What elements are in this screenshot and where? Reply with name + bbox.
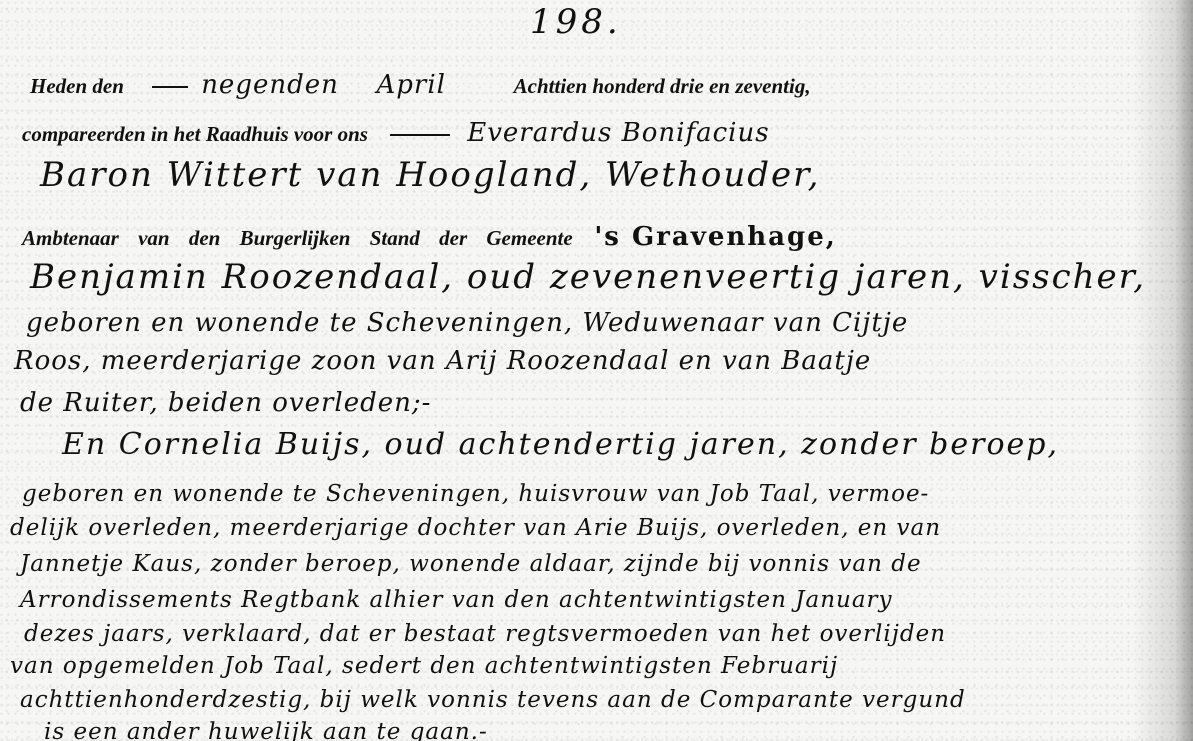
record-line-15: van opgemelden Job Taal, sedert den acht… <box>10 650 838 681</box>
record-line-10: geboren en wonende te Scheveningen, huis… <box>22 478 929 509</box>
handwritten-month: April <box>377 70 446 100</box>
record-line-8: de Ruiter, beiden overleden;- <box>20 388 431 418</box>
record-line-3: Baron Wittert van Hoogland, Wethouder, <box>40 160 820 193</box>
printed-text: Ambtenaar van den Burgerlijken Stand der… <box>22 226 573 250</box>
record-line-7: Roos, meerderjarige zoon van Arij Roozen… <box>14 346 871 376</box>
record-line-4: Ambtenaar van den Burgerlijken Stand der… <box>22 222 837 253</box>
handwritten-text: geboren en wonende te Scheveningen, huis… <box>22 481 929 507</box>
record-line-14: dezes jaars, verklaard, dat er bestaat r… <box>24 618 946 649</box>
bride-details: En Cornelia Buijs, oud achtendertig jare… <box>62 427 1059 462</box>
official-name: Everardus Bonifacius <box>467 118 769 148</box>
fill-dash <box>152 86 188 88</box>
handwritten-text: geboren en wonende te Scheveningen, Wedu… <box>26 308 908 338</box>
record-line-1: Heden den negenden April Achttien honder… <box>30 70 811 101</box>
record-line-17: is een ander huwelijk aan te gaan.- <box>44 716 488 741</box>
record-line-12: Jannetje Kaus, zonder beroep, wonende al… <box>20 548 922 579</box>
page-edge-shadow <box>1133 0 1193 741</box>
record-line-6: geboren en wonende te Scheveningen, Wedu… <box>26 308 908 338</box>
handwritten-text: is een ander huwelijk aan te gaan.- <box>44 719 488 741</box>
record-line-2: compareerden in het Raadhuis voor ons Ev… <box>22 118 770 149</box>
printed-text: compareerden in het Raadhuis voor ons <box>22 122 368 146</box>
handwritten-text: delijk overleden, meerderjarige dochter … <box>10 515 941 541</box>
handwritten-text: dezes jaars, verklaard, dat er bestaat r… <box>24 621 946 647</box>
handwritten-text: de Ruiter, beiden overleden;- <box>20 388 431 418</box>
official-title: Baron Wittert van Hoogland, Wethouder, <box>40 155 820 195</box>
groom-details: Benjamin Roozendaal, oud zevenenveertig … <box>30 257 1146 297</box>
folio-number: 198. <box>530 2 622 42</box>
municipality-name: 's Gravenhage, <box>594 222 836 252</box>
record-line-9: En Cornelia Buijs, oud achtendertig jare… <box>62 430 1059 461</box>
record-line-16: achttienhonderdzestig, bij welk vonnis t… <box>20 684 966 715</box>
handwritten-day: negenden <box>201 70 339 100</box>
printed-year: Achttien honderd drie en zeventig, <box>514 74 811 98</box>
handwritten-text: achttienhonderdzestig, bij welk vonnis t… <box>20 687 966 713</box>
civil-record-page: 198. Heden den negenden April Achttien h… <box>0 0 1193 741</box>
handwritten-text: Arrondissements Regtbank alhier van den … <box>20 587 893 613</box>
handwritten-text: Jannetje Kaus, zonder beroep, wonende al… <box>20 551 922 577</box>
printed-text: Heden den <box>30 74 124 98</box>
record-line-11: delijk overleden, meerderjarige dochter … <box>10 512 941 543</box>
handwritten-text: van opgemelden Job Taal, sedert den acht… <box>10 653 838 679</box>
record-line-13: Arrondissements Regtbank alhier van den … <box>20 584 893 615</box>
handwritten-text: Roos, meerderjarige zoon van Arij Roozen… <box>14 346 871 376</box>
fill-dash <box>390 134 450 136</box>
record-line-5: Benjamin Roozendaal, oud zevenenveertig … <box>30 262 1146 295</box>
